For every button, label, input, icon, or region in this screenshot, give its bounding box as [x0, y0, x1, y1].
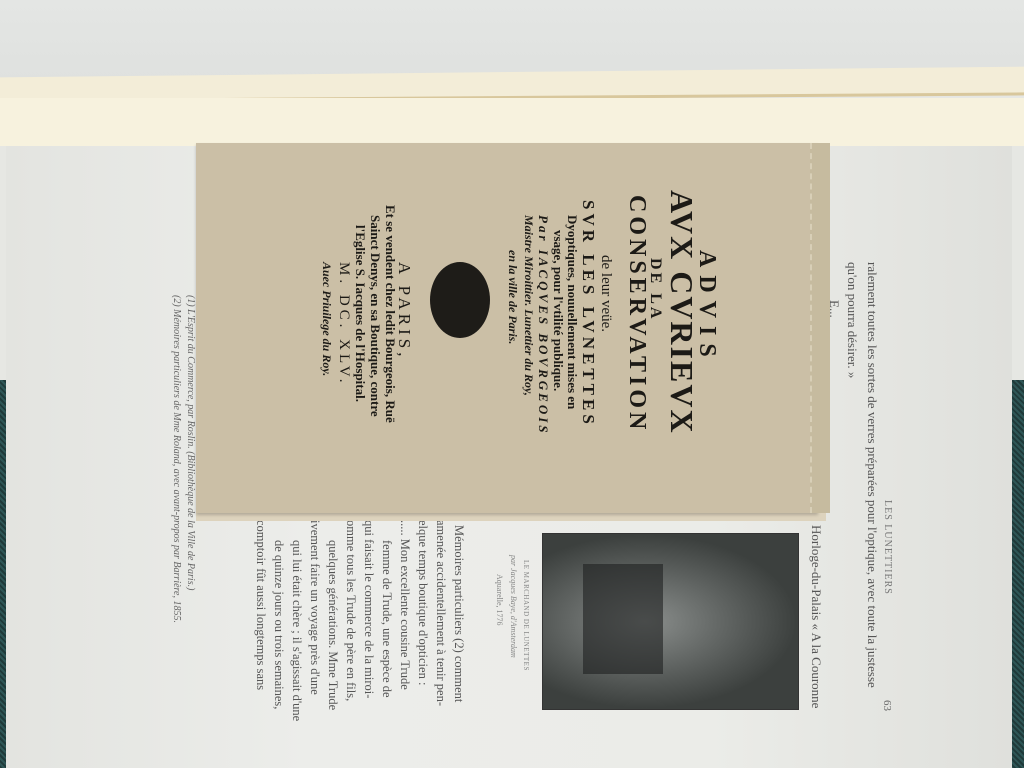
body-line: omme tous les Trude de père en fils, — [343, 520, 358, 701]
card-line: CONSERVATION — [623, 195, 650, 433]
caption-artist: par Jacques Baye, d'Amsterdam — [509, 555, 518, 658]
card-imprint: Auec Priuilege du Roy. — [319, 262, 334, 376]
body-line: de quinze jours ou trois semaines, — [271, 540, 286, 709]
body-line: femme de Trude, une espèce de — [379, 540, 394, 698]
card-line: vsage, pour l'vtilité publique. — [550, 230, 566, 391]
body-line: qu'on pourra désirer. » — [844, 262, 860, 378]
engraving-illustration — [542, 533, 799, 710]
card-line: SVR LES LVNETTES — [578, 200, 598, 428]
body-line: comptoir fût aussi longtemps sans — [253, 520, 268, 690]
card-imprint: l'Eglise S. Iacques de l'Hospital. — [352, 225, 368, 402]
royal-crest-emblem — [430, 262, 490, 338]
card-deckle-edge-right — [810, 143, 830, 513]
card-line: Par IACQVES BOVRGEOIS — [535, 215, 551, 436]
page-number: 63 — [881, 700, 893, 711]
body-line: qui faisait le commerce de la miroi- — [361, 520, 376, 698]
card-imprint: M. DC. XLV. — [335, 262, 352, 386]
body-line: Mémoires particuliers (2) comment — [451, 525, 466, 702]
body-line: quelques générations. Mme Trude — [325, 540, 340, 710]
card-title: AVX CVRIEVX — [663, 190, 700, 435]
body-line: elque temps boutique d'opticien : — [415, 520, 430, 685]
side-column-line: Horloge-du-Palais « A la Couronne — [808, 525, 824, 708]
body-line: qui lui était chère ; il s'agissait d'un… — [289, 540, 304, 721]
body-line: ivement faire un voyage près d'une — [307, 520, 322, 695]
card-line: en la ville de Paris. — [505, 250, 520, 344]
caption-title: LE MARCHAND DE LUNETTES — [522, 560, 530, 671]
body-line: ..... Mon excellente cousine Trude — [397, 520, 412, 690]
card-line: de leur veüe. — [597, 255, 614, 332]
body-line: amenée accidentellement à tenir pen- — [433, 520, 448, 706]
card-line: Maistre Miroittier. Lunettier du Roy, — [521, 215, 536, 396]
running-head: LES LUNETTIERS — [882, 500, 893, 595]
footnote: (1) L'Esprit du Commerce, par Roslin. (B… — [185, 295, 196, 590]
card-imprint: Sainct Denys, en sa Boutique, contre — [367, 215, 383, 417]
card-imprint: Et se vendent chez ledit Bourgeois, Ruë — [382, 205, 398, 423]
caption-medium: Aquarelle, 1776 — [495, 574, 504, 626]
body-line: ralement toutes les sortes de verres pré… — [864, 262, 880, 688]
paper-strip-lower — [0, 98, 1024, 146]
card-line: Dyoptiques, nouuellement mises en — [564, 215, 580, 409]
footnote: (2) Mémoires particuliers de Mme Roland,… — [171, 295, 182, 623]
